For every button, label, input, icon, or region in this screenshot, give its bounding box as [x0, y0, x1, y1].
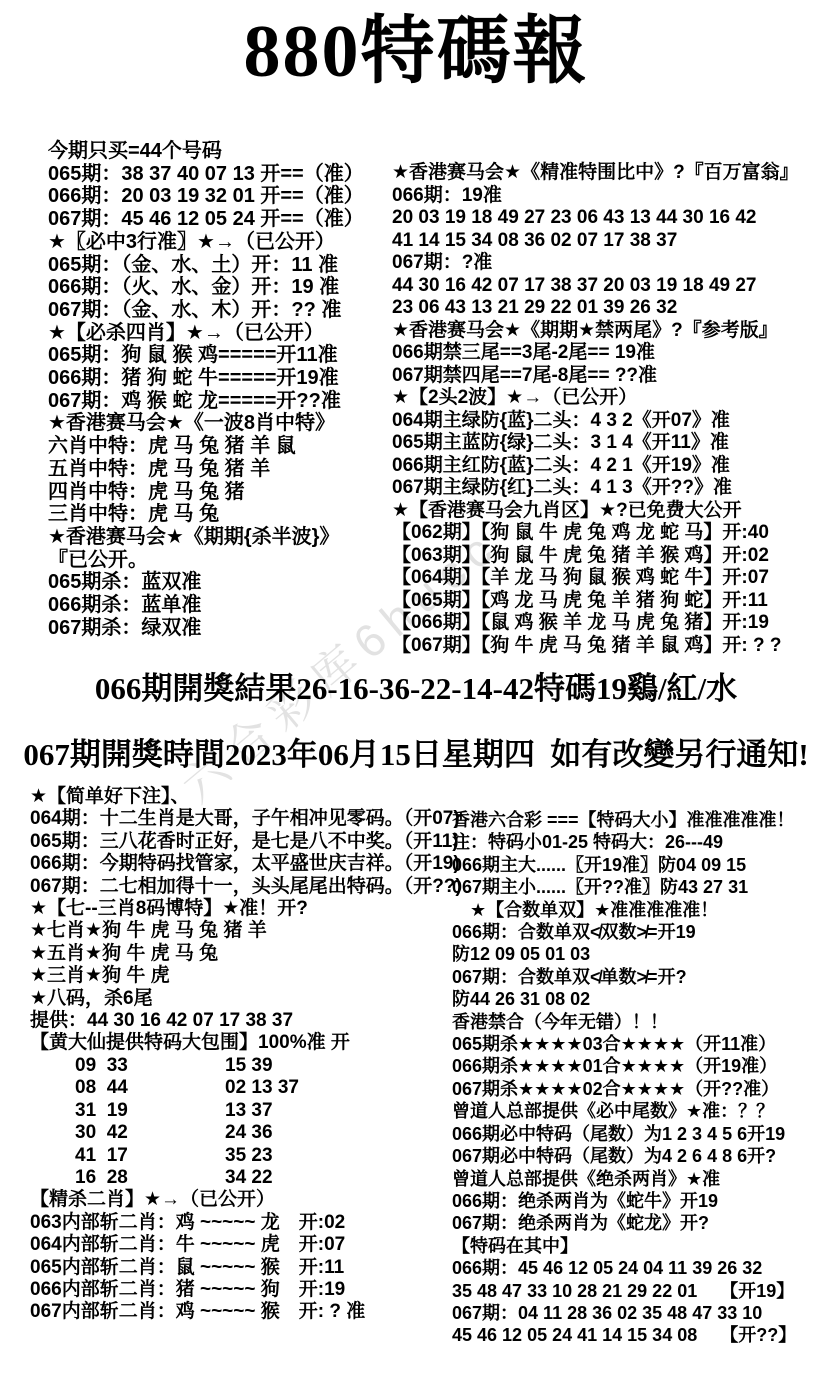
table-cell: 08 44	[30, 1077, 225, 1099]
text-line: 066期杀：蓝单准	[48, 594, 393, 617]
text-line: 066期：19准	[392, 185, 830, 208]
text-line: 067期：04 11 28 36 02 35 48 47 33 10	[452, 1302, 830, 1324]
text-line: 曾道人总部提供《必中尾数》★准：？？	[452, 1100, 830, 1122]
banner-draw-result: 066期開獎結果26-16-36-22-14-42特碼19鷄/紅/水	[0, 663, 832, 708]
text-line: 066期：今期特码找管家，太平盛世庆吉祥。（开19)	[30, 853, 454, 875]
text-line: 066期：猪 狗 蛇 牛=====开19准	[48, 367, 393, 390]
text-line: 067期：（金、水、木）开：?? 准	[48, 299, 393, 322]
text-line: 香港禁合（今年无错）！！	[452, 1011, 830, 1033]
table-cell: 24 36	[225, 1122, 273, 1144]
text-line: 30 4224 36	[30, 1122, 454, 1144]
text-line: 【062期】【狗 鼠 牛 虎 兔 鸡 龙 蛇 马】开:40	[392, 522, 830, 545]
text-line: 065期杀：蓝双准	[48, 571, 393, 594]
text-line: 提供：44 30 16 42 07 17 38 37	[30, 1010, 454, 1032]
text-line: 注：特码小01-25 特码大：26---49	[452, 831, 830, 853]
text-line: 067期杀：绿双准	[48, 617, 393, 640]
text-line: 065期主蓝防{绿}二头：3 1 4《开11》准	[392, 432, 830, 455]
text-line: ★香港赛马会★《期期★禁两尾》?『参考版』	[392, 320, 830, 343]
text-line: 五肖中特：虎 马 兔 猪 羊	[48, 458, 393, 481]
text-line: 防44 26 31 08 02	[452, 988, 830, 1010]
text-line: 三肖中特：虎 马 兔	[48, 503, 393, 526]
text-line: 066期：绝杀两肖为《蛇牛》开19	[452, 1190, 830, 1212]
text-line: 41 14 15 34 08 36 02 07 17 38 37	[392, 230, 830, 253]
table-cell: 15 39	[225, 1055, 273, 1077]
text-line: ★【2头2波】★→（已公开）	[392, 387, 830, 410]
text-line: 【特码在其中】	[452, 1235, 830, 1257]
text-line: 45 46 12 05 24 41 14 15 34 08 【开??】	[452, 1324, 830, 1346]
section-parity-and-kills: 香港六合彩 ===【特码大小】准准准准准！注：特码小01-25 特码大：26--…	[452, 809, 830, 1347]
text-line: 『已公开。	[48, 549, 393, 572]
text-line: 063内部斩二肖：鸡 ~~~~~ 龙 开:02	[30, 1212, 454, 1234]
text-line: 067期主绿防{红}二头：4 1 3《开??》准	[392, 477, 830, 500]
text-line: 35 48 47 33 10 28 21 29 22 01 【开19】	[452, 1280, 830, 1302]
text-line: 【黄大仙提供特码大包围】100%准 开	[30, 1032, 454, 1054]
text-line: ★香港赛马会★《一波8肖中特》	[48, 412, 393, 435]
text-line: 065期杀★★★★03合★★★★（开11准）	[452, 1033, 830, 1055]
text-line: ★七肖★狗 牛 虎 马 兔 猪 羊	[30, 920, 454, 942]
text-line: 16 2834 22	[30, 1167, 454, 1189]
text-line: 【065期】【鸡 龙 马 虎 兔 羊 猪 狗 蛇】开:11	[392, 590, 830, 613]
text-line: 【064期】【羊 龙 马 狗 鼠 猴 鸡 蛇 牛】开:07	[392, 567, 830, 590]
text-line: 067期必中特码（尾数）为4 2 6 4 8 6开?	[452, 1145, 830, 1167]
text-line: 44 30 16 42 07 17 38 37 20 03 19 18 49 2…	[392, 275, 830, 298]
table-cell: 13 37	[225, 1100, 273, 1122]
text-line: 香港六合彩 ===【特码大小】准准准准准！	[452, 809, 830, 831]
text-line: 067期：鸡 猴 蛇 龙=====开??准	[48, 390, 393, 413]
table-cell: 16 28	[30, 1167, 225, 1189]
text-line: 067内部斩二肖：鸡 ~~~~~ 猴 开: ? 准	[30, 1301, 454, 1323]
text-line: ★【简单好下注】、	[30, 786, 454, 808]
text-line: ★【香港赛马会九肖区】★?已免费大公开	[392, 500, 830, 523]
text-line: 066期：20 03 19 32 01 开==（准）	[48, 185, 393, 208]
text-line: ★【七--三肖8码博特】★准！开?	[30, 898, 454, 920]
table-cell: 02 13 37	[225, 1077, 299, 1099]
text-line: 067期：?准	[392, 252, 830, 275]
text-line: 065内部斩二肖：鼠 ~~~~~ 猴 开:11	[30, 1257, 454, 1279]
text-line: 067期主小......〖开??准〗防43 27 31	[452, 876, 830, 898]
text-line: 20 03 19 18 49 27 23 06 43 13 44 30 16 4…	[392, 207, 830, 230]
text-line: 065期：狗 鼠 猴 鸡=====开11准	[48, 344, 393, 367]
text-line: 防12 09 05 01 03	[452, 943, 830, 965]
text-line: 今期只买=44个号码	[48, 140, 393, 163]
text-line: 066期：合数单双≮双数≯=开19	[452, 921, 830, 943]
text-line: 067期：二七相加得十一，头头尾尾出特码。（开??)	[30, 876, 454, 898]
section-tips-and-table: ★【简单好下注】、064期：十二生肖是大哥，子午相冲见零码。（开07)065期：…	[30, 786, 454, 1324]
text-line: ★〖必中3行准〗★→（已公开）	[48, 231, 393, 254]
text-line: 066期杀★★★★01合★★★★（开19准）	[452, 1055, 830, 1077]
text-line: 09 3315 39	[30, 1055, 454, 1077]
text-line: 067期：合数单双≮单数≯=开?	[452, 966, 830, 988]
text-line: 23 06 43 13 21 29 22 01 39 26 32	[392, 297, 830, 320]
text-line: 四肖中特：虎 马 兔 猪	[48, 481, 393, 504]
table-cell: 35 23	[225, 1145, 273, 1167]
text-line: 【精杀二肖】★→（已公开）	[30, 1189, 454, 1211]
text-line: 066期：45 46 12 05 24 04 11 39 26 32	[452, 1257, 830, 1279]
text-line: 066期主红防{蓝}二头：4 2 1《开19》准	[392, 455, 830, 478]
text-line: 065期：38 37 40 07 13 开==（准）	[48, 163, 393, 186]
banner-next-draw-time: 067期開獎時間2023年06月15日星期四 如有改變另行通知!	[0, 729, 832, 774]
text-line: ★五肖★狗 牛 虎 马 兔	[30, 943, 454, 965]
text-line: ★【合数单双】★准准准准准！	[452, 899, 830, 921]
text-line: ★八码，杀6尾	[30, 988, 454, 1010]
section-number-picks: 今期只买=44个号码065期：38 37 40 07 13 开==（准）066期…	[48, 140, 393, 639]
text-line: 064期主绿防{蓝}二头：4 3 2《开07》准	[392, 410, 830, 433]
text-line: 065期：（金、水、土）开：11 准	[48, 254, 393, 277]
text-line: 067期：绝杀两肖为《蛇龙》开?	[452, 1212, 830, 1234]
text-line: ★【必杀四肖】★→（已公开）	[48, 322, 393, 345]
text-line: 41 1735 23	[30, 1145, 454, 1167]
text-line: ★香港赛马会★《期期{杀半波}》	[48, 526, 393, 549]
text-line: 064内部斩二肖：牛 ~~~~~ 虎 开:07	[30, 1234, 454, 1256]
page-title: 880特碼報	[0, 12, 832, 93]
table-cell: 31 19	[30, 1100, 225, 1122]
text-line: 067期杀★★★★02合★★★★（开??准）	[452, 1078, 830, 1100]
text-line: 曾道人总部提供《绝杀两肖》★准	[452, 1168, 830, 1190]
text-line: 066期必中特码（尾数）为1 2 3 4 5 6开19	[452, 1123, 830, 1145]
text-line: 08 4402 13 37	[30, 1077, 454, 1099]
lottery-sheet-page: 六合彩库6hucc 880特碼報 今期只买=44个号码065期：38 37 40…	[0, 0, 832, 1388]
text-line: 【066期】【鼠 鸡 猴 羊 龙 马 虎 兔 猪】开:19	[392, 612, 830, 635]
text-line: 31 1913 37	[30, 1100, 454, 1122]
text-line: ★香港赛马会★《精准特围比中》?『百万富翁』	[392, 162, 830, 185]
text-line: 【067期】【狗 牛 虎 马 兔 猪 羊 鼠 鸡】开: ? ?	[392, 635, 830, 658]
text-line: 066期：（火、水、金）开：19 准	[48, 276, 393, 299]
text-line: 六肖中特：虎 马 兔 猪 羊 鼠	[48, 435, 393, 458]
text-line: 067期禁四尾==7尾-8尾== ??准	[392, 365, 830, 388]
text-line: 066内部斩二肖：猪 ~~~~~ 狗 开:19	[30, 1279, 454, 1301]
table-cell: 30 42	[30, 1122, 225, 1144]
section-special-code-ranges: ★香港赛马会★《精准特围比中》?『百万富翁』066期：19准20 03 19 1…	[392, 162, 830, 657]
table-cell: 09 33	[30, 1055, 225, 1077]
table-cell: 34 22	[225, 1167, 273, 1189]
text-line: 065期：三八花香时正好，是七是八不中奖。（开11)	[30, 831, 454, 853]
text-line: 064期：十二生肖是大哥，子午相冲见零码。（开07)	[30, 808, 454, 830]
table-cell: 41 17	[30, 1145, 225, 1167]
text-line: 067期：45 46 12 05 24 开==（准）	[48, 208, 393, 231]
text-line: 066期主大......〖开19准〗防04 09 15	[452, 854, 830, 876]
text-line: 【063期】【狗 鼠 牛 虎 兔 猪 羊 猴 鸡】开:02	[392, 545, 830, 568]
text-line: ★三肖★狗 牛 虎	[30, 965, 454, 987]
text-line: 066期禁三尾==3尾-2尾== 19准	[392, 342, 830, 365]
